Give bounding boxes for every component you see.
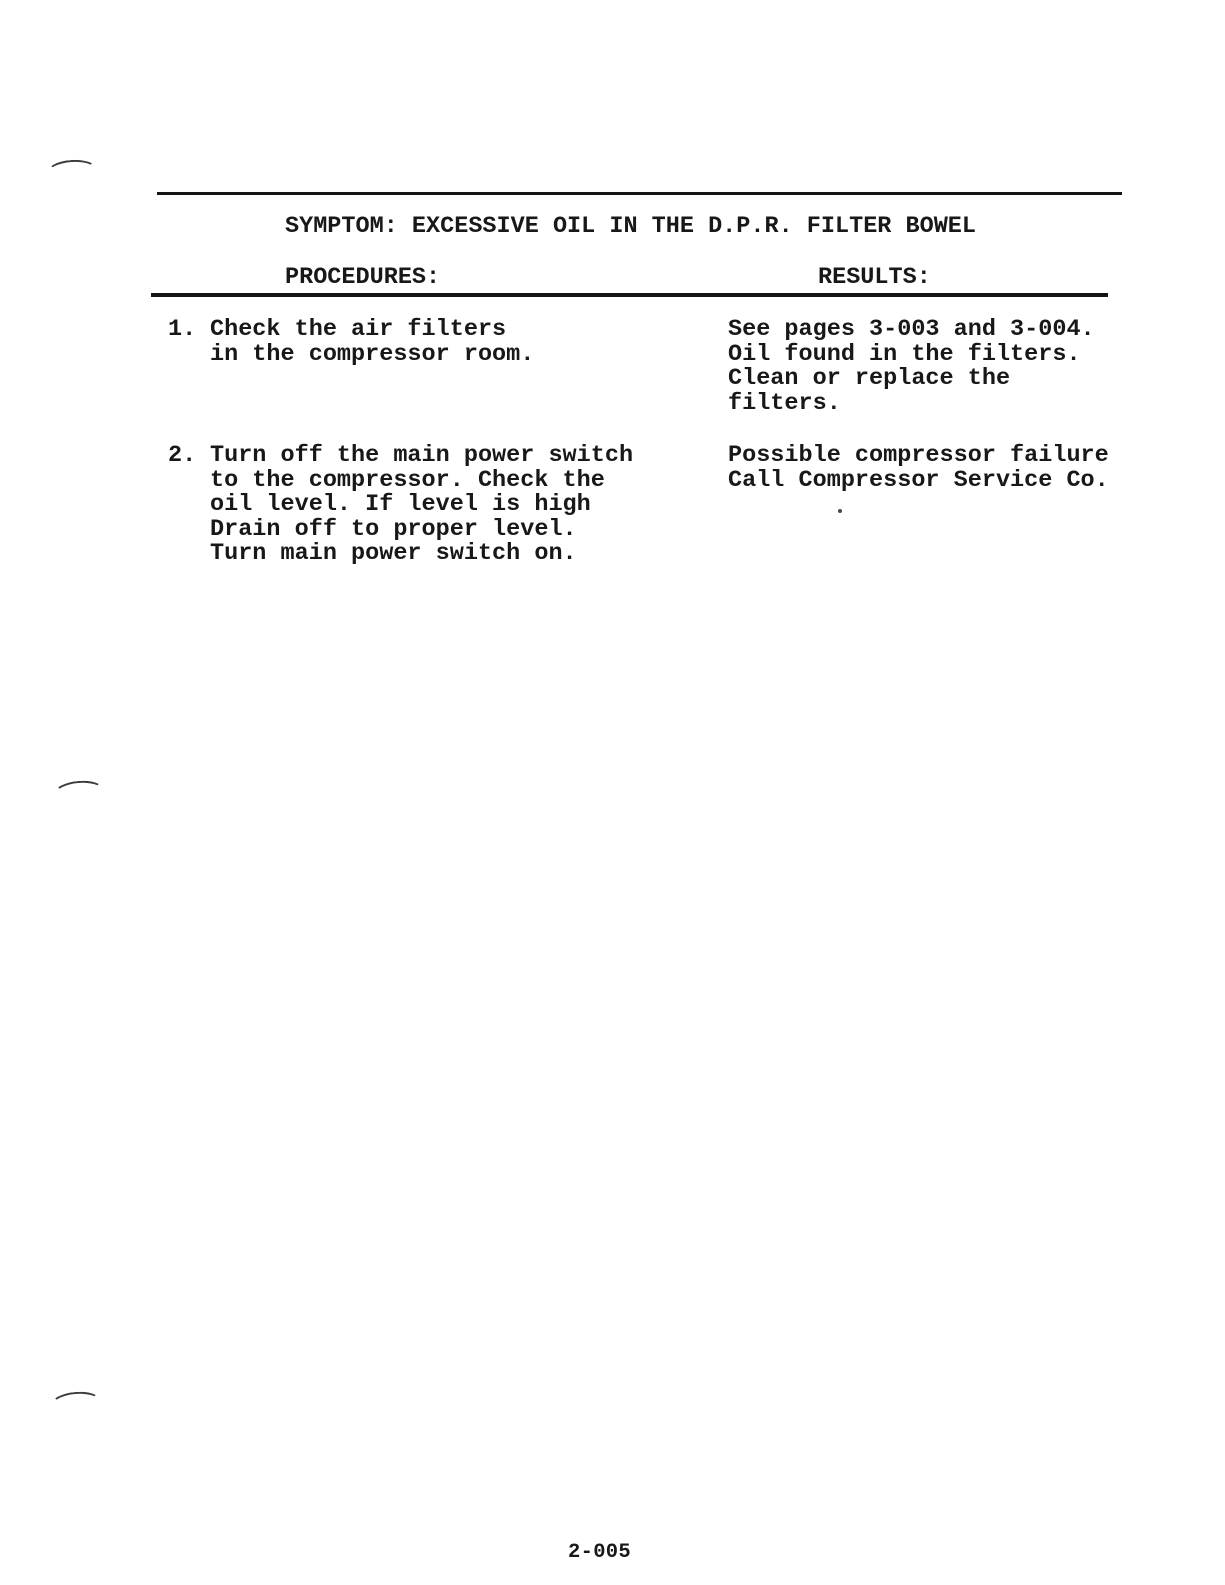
result-text: See pages 3-003 and 3-004. Oil found in …: [728, 318, 1095, 416]
symptom-heading: SYMPTOM: EXCESSIVE OIL IN THE D.P.R. FIL…: [285, 215, 976, 240]
scan-arc-artifact: [53, 779, 105, 805]
row-number: 2.: [168, 444, 196, 469]
row-number: 1.: [168, 318, 196, 343]
page-number: 2-005: [568, 1541, 631, 1566]
procedure-line: Check the air filters: [210, 318, 534, 343]
result-text: Possible compressor failure Call Compres…: [728, 444, 1109, 493]
procedure-line: in the compressor room.: [210, 343, 534, 368]
scan-dot-artifact: [838, 509, 842, 513]
result-line: See pages 3-003 and 3-004.: [728, 318, 1095, 343]
result-line: Possible compressor failure: [728, 444, 1109, 469]
top-horizontal-rule: [157, 192, 1122, 195]
procedure-line: oil level. If level is high: [210, 493, 633, 518]
procedure-text: Check the air filters in the compressor …: [210, 318, 534, 367]
result-line: filters.: [728, 392, 1095, 417]
procedure-line: Turn main power switch on.: [210, 542, 633, 567]
scan-arc-artifact: [46, 158, 97, 183]
header-horizontal-rule: [151, 293, 1108, 297]
scan-arc-artifact: [50, 1390, 102, 1416]
procedure-text: Turn off the main power switch to the co…: [210, 444, 633, 567]
procedure-line: to the compressor. Check the: [210, 469, 633, 494]
procedure-line: Turn off the main power switch: [210, 444, 633, 469]
result-line: Call Compressor Service Co.: [728, 469, 1109, 494]
procedures-column-header: PROCEDURES:: [285, 266, 440, 291]
results-column-header: RESULTS:: [818, 266, 931, 291]
result-line: Oil found in the filters.: [728, 343, 1095, 368]
scanned-page: SYMPTOM: EXCESSIVE OIL IN THE D.P.R. FIL…: [0, 0, 1225, 1585]
result-line: Clean or replace the: [728, 367, 1095, 392]
procedure-line: Drain off to proper level.: [210, 518, 633, 543]
